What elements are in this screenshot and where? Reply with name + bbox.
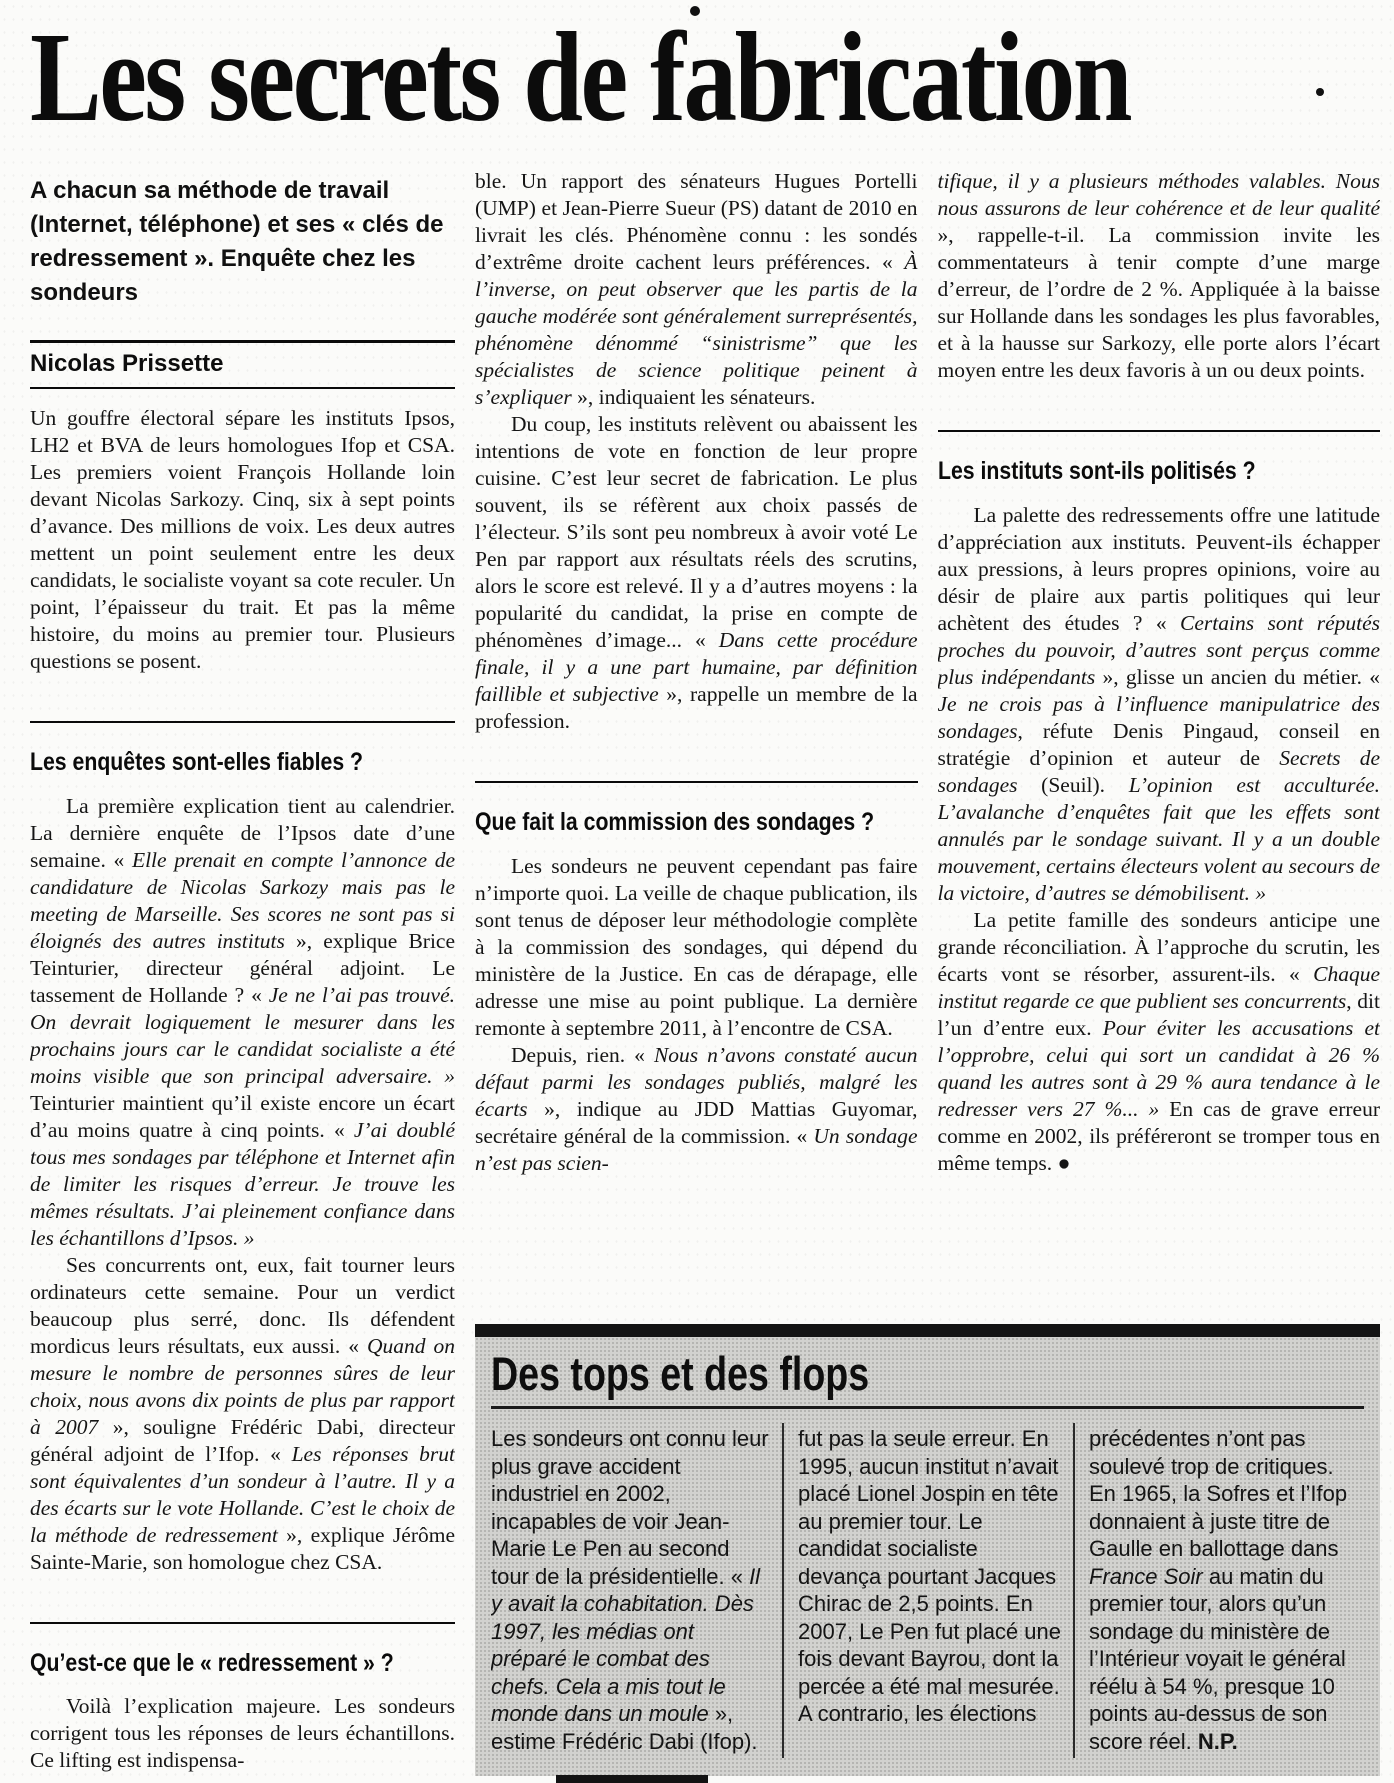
section-heading: Que fait la commission des sondages ? — [475, 809, 851, 837]
box-top-bar — [475, 1324, 1380, 1337]
byline-block: Nicolas Prissette — [30, 340, 455, 389]
text-segment: Les sondeurs ont connu leur plus grave a… — [491, 1426, 769, 1589]
box-columns: Les sondeurs ont connu leur plus grave a… — [491, 1423, 1364, 1758]
section-heading: Qu’est-ce que le « redressement » ? — [30, 1650, 391, 1678]
section-rule — [30, 1622, 455, 1624]
text-segment: Les sondeurs ne peuvent cependant pas fa… — [475, 854, 918, 1040]
scan-artifact — [1316, 88, 1324, 96]
right-area: ble. Un rapport des sénateurs Hugues Por… — [475, 168, 1380, 1776]
section-heading: Les enquêtes sont-elles fiables ? — [30, 749, 391, 777]
byline: Nicolas Prissette — [30, 350, 455, 378]
paragraph: La petite famille des sondeurs anticipe … — [938, 907, 1381, 1177]
paragraph: Les sondeurs ont connu leur plus grave a… — [491, 1425, 770, 1758]
paragraph: Un gouffre électoral sépare les institut… — [30, 405, 455, 675]
text-segment: », glisse un ancien du métier. « — [1095, 665, 1380, 689]
box-column-2: fut pas la seule erreur. En 1995, aucun … — [782, 1423, 1073, 1758]
paragraph: Les sondeurs ne peuvent cependant pas fa… — [475, 853, 918, 1042]
box-title-rule — [491, 1406, 1364, 1409]
scan-artifact — [690, 6, 700, 16]
paragraph: Voilà l’explication majeure. Les sondeur… — [30, 1693, 455, 1774]
newspaper-page: Les secrets de fabrication A chacun sa m… — [0, 0, 1394, 1783]
text-segment: Du coup, les instituts relèvent ou abais… — [475, 412, 918, 652]
box-column-3: précédentes n’ont pas soulevé trop de cr… — [1073, 1423, 1364, 1758]
text-segment: Qu’est-ce que le « redressement » ? — [30, 1649, 394, 1677]
text-segment: Que fait la commission des sondages ? — [475, 808, 874, 836]
section-rule — [475, 781, 918, 783]
text-segment: Un gouffre électoral sépare les institut… — [30, 406, 455, 673]
text-segment: au matin du premier tour, alors qu’un so… — [1089, 1564, 1346, 1754]
text-segment: Les enquêtes sont-elles fiables ? — [30, 748, 363, 776]
column-right: tifique, il y a plusieurs méthodes valab… — [938, 168, 1381, 1310]
standfirst: A chacun sa méthode de travail (Internet… — [30, 174, 455, 310]
text-segment: (Seuil). — [1018, 773, 1129, 797]
headline: Les secrets de fabrication — [30, 10, 1164, 164]
paragraph: Du coup, les instituts relèvent ou abais… — [475, 411, 918, 735]
columns-middle-right: ble. Un rapport des sénateurs Hugues Por… — [475, 168, 1380, 1310]
section-heading: Les instituts sont-ils politisés ? — [938, 458, 1314, 486]
scan-artifact — [556, 1775, 708, 1783]
column-left: A chacun sa méthode de travail (Internet… — [30, 168, 455, 1776]
text-segment: », rappelle-t-il. La commission invite l… — [938, 223, 1381, 382]
column-middle: ble. Un rapport des sénateurs Hugues Por… — [475, 168, 918, 1310]
column-left-body: Un gouffre électoral sépare les institut… — [30, 405, 455, 1774]
box-inner: Des tops et des flops Les sondeurs ont c… — [475, 1337, 1380, 1776]
paragraph: tifique, il y a plusieurs méthodes valab… — [938, 168, 1381, 384]
text-segment: tifique, il y a plusieurs méthodes valab… — [938, 169, 1381, 220]
box-title: Des tops et des flops — [491, 1349, 1189, 1398]
paragraph: La première explication tient au calendr… — [30, 793, 455, 1252]
text-segment: France Soir — [1089, 1564, 1203, 1589]
text-segment: Voilà l’explication majeure. Les sondeur… — [30, 1694, 455, 1772]
paragraph: fut pas la seule erreur. En 1995, aucun … — [798, 1425, 1061, 1728]
paragraph: précédentes n’ont pas soulevé trop de cr… — [1089, 1425, 1352, 1755]
box-column-1: Les sondeurs ont connu leur plus grave a… — [491, 1423, 782, 1758]
text-segment: Les instituts sont-ils politisés ? — [938, 457, 1256, 485]
paragraph: Ses concurrents ont, eux, fait tourner l… — [30, 1252, 455, 1576]
paragraph: Depuis, rien. « Nous n’avons constaté au… — [475, 1042, 918, 1177]
article-columns: A chacun sa méthode de travail (Internet… — [30, 168, 1380, 1776]
paragraph: ble. Un rapport des sénateurs Hugues Por… — [475, 168, 918, 411]
section-rule — [938, 430, 1381, 432]
sidebar-box: Des tops et des flops Les sondeurs ont c… — [475, 1324, 1380, 1776]
section-rule — [30, 721, 455, 723]
text-segment: précédentes n’ont pas soulevé trop de cr… — [1089, 1426, 1347, 1561]
text-segment: fut pas la seule erreur. En 1995, aucun … — [798, 1426, 1061, 1726]
text-segment: ble. Un rapport des sénateurs Hugues Por… — [475, 169, 918, 274]
text-segment: », indiquaient les sénateurs. — [572, 385, 816, 409]
text-segment: N.P. — [1198, 1729, 1238, 1754]
paragraph: La palette des redressements offre une l… — [938, 502, 1381, 907]
text-segment: Depuis, rien. « — [511, 1043, 654, 1067]
